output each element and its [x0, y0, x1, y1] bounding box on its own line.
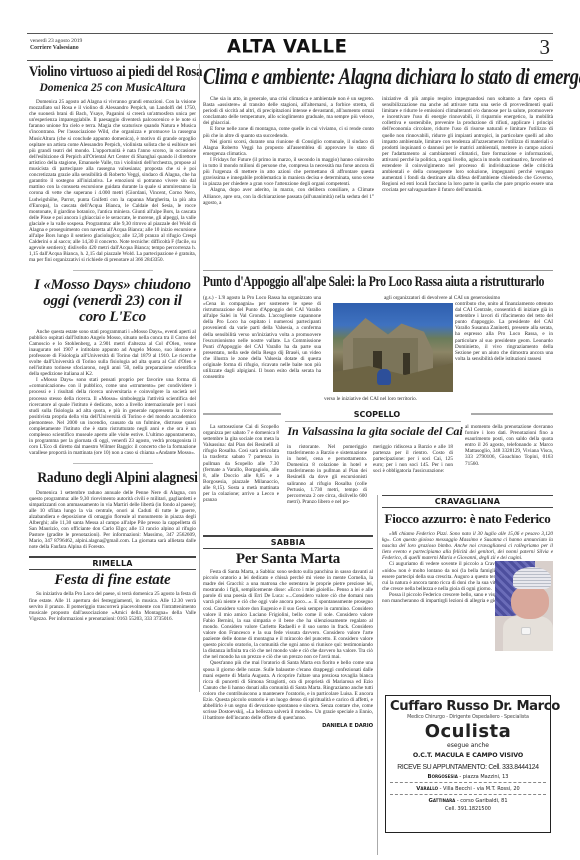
scopello-kicker-row: SCOPELLO [203, 410, 553, 422]
punto-paragraph: contributo che, unito al finanziamento o… [455, 301, 553, 362]
baby-face-shape [511, 585, 549, 619]
ad-location-address: - Villa Becchi - via M.T. Rossi, 20 [438, 786, 520, 792]
sabbia-headline: Per Santa Marta [203, 549, 373, 569]
cravagliana-headline: Fiocco azzurro: è nato Federico [382, 510, 553, 528]
left-column: Violino virtuoso ai piedi del Rosa Domen… [29, 64, 196, 622]
scopello-paragraph: in ristorante. Nel pomeriggio trasferime… [287, 444, 367, 505]
article-divider [73, 463, 153, 464]
violino-paragraph: Domenica 25 agosto ad Alagna si vivranno… [29, 99, 196, 264]
ad-service: O.C.T. MACULA E CAMPO VISIVO [390, 752, 546, 759]
festa-headline: Festa di fine estate [29, 571, 196, 589]
sabbia-article: SABBIA Per Santa Marta Festa di Santa Ma… [203, 535, 373, 729]
stone-hut-photo [333, 303, 453, 392]
cravagliana-kicker: CRAVAGLIANA [382, 495, 553, 508]
punto-headline: Punto d'Appoggio all'alpe Salei: la Pro … [203, 274, 483, 291]
clima-paragraph: Nei giorni scorsi, durante una riunione … [203, 139, 374, 157]
clima-paragraph: iniziative di più ampio respiro impegnan… [382, 96, 553, 194]
mosso-article-body: Anche questa estate sono stati programma… [29, 329, 196, 457]
clima-paragraph: Che sia in atto, in generale, una crisi … [203, 96, 374, 126]
clima-column-2: iniziative di più ampio respiro impegnan… [382, 96, 553, 206]
section-rule [203, 270, 553, 271]
newspaper-name: Corriere Valsesiano [30, 45, 79, 51]
hospital-band-shape [521, 627, 531, 635]
punto-column-left: (g.s.) - L'8 agosto la Pro Loco Rassa ha… [203, 295, 321, 380]
mosso-paragraph: Anche questa estate sono stati programma… [29, 329, 196, 378]
hut-door-shape [403, 353, 410, 375]
violino-headline: Violino virtuoso ai piedi del Rosa [29, 64, 173, 80]
rimella-kicker: RIMELLA [29, 556, 196, 570]
sabbia-paragraph: Festa di Santa Marta, a Sabbia: sono sed… [203, 569, 373, 660]
issue-date: venerdì 23 agosto 2019 [30, 38, 82, 45]
ad-extra-phone: Cell. 391.1821500 [390, 806, 546, 814]
scopello-paragraph: La sottosezione Cai di Scopello organizz… [203, 424, 279, 503]
cravagliana-article: CRAVAGLIANA Fiocco azzurro: è nato Feder… [382, 495, 553, 612]
column-rule [377, 495, 378, 855]
mosso-paragraph: I «Mosso Days» sono stati pensati propri… [29, 377, 196, 456]
violino-article-body: Domenica 25 agosto ad Alagna si vivranno… [29, 99, 196, 264]
punto-article: Punto d'Appoggio all'alpe Salei: la Pro … [203, 274, 553, 413]
ad-location-city: Borgosesia [428, 774, 458, 780]
clima-paragraph: Alagna, dopo aver aderito, in marzo, con… [203, 187, 374, 205]
scopello-column-1: La sottosezione Cai di Scopello organizz… [203, 424, 279, 503]
clima-column-1: Che sia in atto, in generale, una crisi … [203, 96, 374, 206]
ad-location-city: Varallo [416, 786, 438, 792]
masthead: venerdì 23 agosto 2019 Corriere Valsesia… [27, 33, 553, 61]
clima-columns: Che sia in atto, in generale, una crisi … [203, 96, 553, 206]
punto-body: (g.s.) - L'8 agosto la Pro Loco Rassa ha… [203, 295, 553, 413]
scopello-column-4: al momento della prenotazione dovranno f… [465, 424, 553, 467]
raduno-paragraph: Domenica 1 settembre raduno annuale dell… [29, 490, 196, 551]
sabbia-kicker: SABBIA [203, 535, 373, 549]
ad-location-address: - piazza Mazzini, 13 [458, 774, 509, 780]
scopello-headline: In Valsassina la gita sociale del Cai [285, 424, 465, 439]
mosso-headline: I «Mosso Days» chiudono oggi (venerdì 23… [29, 277, 196, 325]
punto-paragraph: (g.s.) - L'8 agosto la Pro Loco Rassa ha… [203, 295, 321, 380]
ad-location: Varallo - Villa Becchi - via M.T. Rossi,… [390, 786, 546, 795]
ad-doctor-role: Medico Chirurgo - Dirigente Ospedaliero … [390, 715, 546, 720]
article-divider [73, 270, 153, 271]
kicker-rule [285, 421, 461, 422]
raduno-headline: Raduno degli Alpini alagnesi [37, 470, 187, 487]
section-title: ALTA VALLE [227, 35, 347, 57]
hiker-figure-shape [377, 369, 391, 385]
newspaper-page: venerdì 23 agosto 2019 Corriere Valsesia… [0, 0, 580, 860]
scopello-kicker: SCOPELLO [297, 410, 457, 419]
punto-bottom-line: verso le iniziative del CAI nel loro ter… [324, 396, 553, 402]
clima-paragraph: I Fridays for Future (il primo in marzo,… [203, 157, 374, 187]
ad-appointment-phone: RICEVE SU APPUNTAMENTO: Cell. 333.844412… [395, 762, 540, 771]
sabbia-article-body: Festa di Santa Marta, a Sabbia: sono sed… [203, 569, 373, 721]
ad-location-city: Gattinara [428, 798, 455, 804]
cravagliana-paragraph: «Mi chiamo Federico Pizzi. Sono nato il … [382, 531, 553, 561]
punto-column-right: contributo che, unito al finanziamento o… [455, 301, 553, 362]
scopello-paragraph: meriggio ridiscesa a Barzio e alle 18 pa… [373, 444, 453, 474]
violino-subheadline: Domenica 25 con MusicAltura [29, 82, 196, 95]
festa-article-body: Su iniziativa della Pro Loco del paese, … [29, 591, 196, 621]
column-rule [199, 64, 200, 692]
scopello-column-3: meriggio ridiscesa a Barzio e alle 18 pa… [373, 444, 453, 474]
sabbia-paragraph: Quest'anno più che mai l'oratorio di San… [203, 660, 373, 721]
scopello-paragraph: al momento della prenotazione dovranno f… [465, 424, 553, 467]
ad-doctor-name: Cuffaro Russo Dr. Marco [390, 699, 546, 714]
ad-location-address: - corso Garibaldi, 81 [455, 798, 507, 804]
sabbia-signature: DANIELA E DARIO [203, 723, 373, 729]
punto-paragraph: verso le iniziative del CAI nel loro ter… [324, 396, 553, 402]
ad-location: Borgosesia - piazza Mazzini, 13 [390, 774, 546, 783]
scopello-column-2: in ristorante. Nel pomeriggio trasferime… [287, 444, 367, 505]
baby-hat-shape [513, 567, 551, 589]
clima-paragraph: E forse nelle zone di montagna, come que… [203, 126, 374, 138]
festa-paragraph: Su iniziativa della Pro Loco del paese, … [29, 591, 196, 621]
kicker-rule [203, 413, 281, 415]
clima-article: Clima e ambiente: Alagna dichiara lo sta… [203, 64, 553, 206]
cravagliana-body: «Mi chiamo Federico Pizzi. Sono nato il … [382, 531, 553, 612]
ad-specialty: Oculista [390, 722, 546, 742]
oculist-advertisement: Cuffaro Russo Dr. Marco Medico Chirurgo … [385, 695, 551, 833]
raduno-article-body: Domenica 1 settembre raduno annuale dell… [29, 490, 196, 551]
newborn-baby-photo [495, 561, 553, 651]
clima-headline: Clima e ambiente: Alagna dichiara lo sta… [203, 64, 483, 90]
ad-location: Gattinara - corso Garibaldi, 81 [390, 798, 546, 806]
kicker-rule [471, 413, 553, 415]
scopello-article: SCOPELLO La sottosezione Cai di Scopello… [203, 410, 553, 422]
page-number: 3 [540, 35, 551, 60]
ad-also-label: esegue anche [390, 742, 546, 749]
